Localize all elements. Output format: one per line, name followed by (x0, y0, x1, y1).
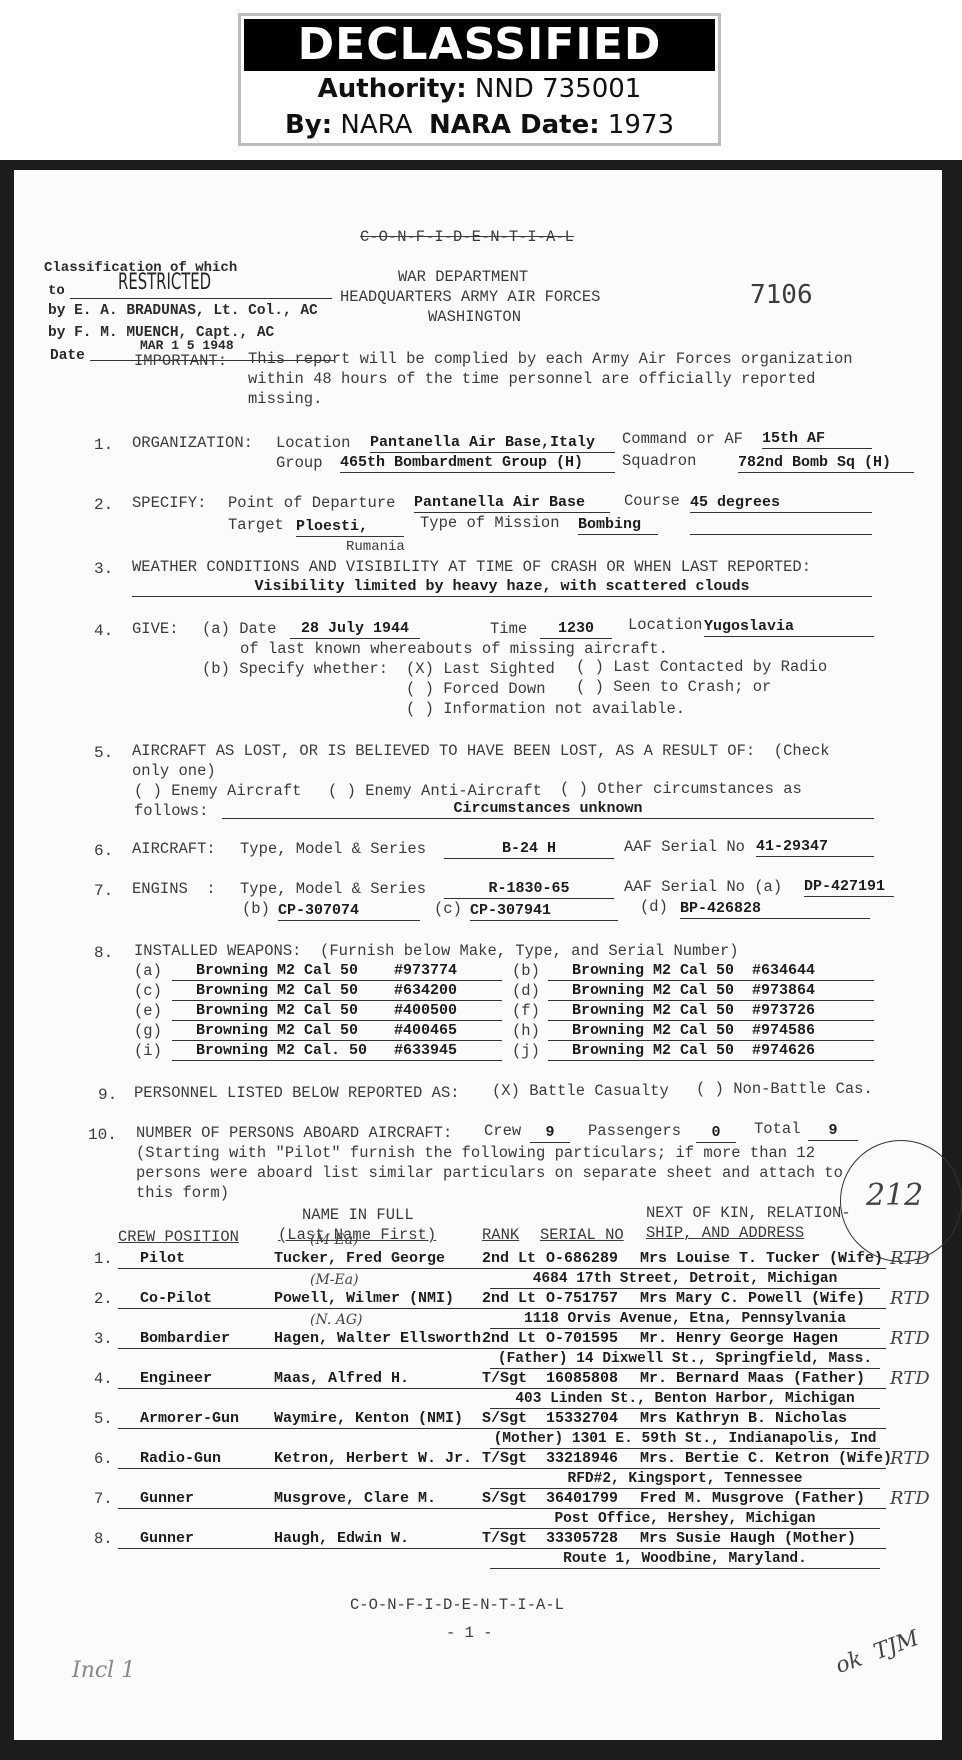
crew-row-number: 7. (94, 1490, 113, 1508)
crew-kin-address: Post Office, Hershey, Michigan (490, 1510, 880, 1529)
section-5-label-cont: only one) (132, 762, 216, 780)
target-field: Ploesti, (296, 518, 404, 537)
header-serial: SERIAL NO (540, 1226, 624, 1244)
command-label: Command or AF (622, 430, 743, 448)
option-checkbox: ( ) (406, 680, 434, 698)
crew-kin-address: 4684 17th Street, Detroit, Michigan (490, 1270, 880, 1289)
crew-kin-address: (Mother) 1301 E. 59th St., Indianapolis,… (490, 1430, 880, 1449)
crew-next-of-kin: Mr. Bernard Maas (Father) (636, 1370, 886, 1389)
command-field: 15th AF (762, 430, 872, 449)
crew-handwritten-annotation: (M-Ea) (310, 1232, 359, 1248)
declassified-title: DECLASSIFIED (244, 19, 715, 71)
header-position: CREW POSITION (118, 1228, 239, 1246)
option-checkbox: ( ) (134, 782, 162, 800)
crew-row-number: 4. (94, 1370, 113, 1388)
engine-serial-b: CP-307074 (278, 902, 420, 921)
crew-handwritten-annotation: (N. AG) (310, 1312, 362, 1328)
engine-c-label: (c) (434, 900, 462, 918)
crew-margin-note: RTD (890, 1368, 930, 1389)
crew-handwritten-annotation: (M-Ea) (310, 1272, 359, 1288)
section-5-label: AIRCRAFT AS LOST, OR IS BELIEVED TO HAVE… (132, 742, 830, 760)
section-4-number: 4. (94, 622, 113, 640)
section-4-label: GIVE: (132, 620, 179, 638)
crew-name: Tucker, Fred George (268, 1250, 480, 1269)
aircraft-serial-label: AAF Serial No (624, 838, 745, 856)
crew-row-number: 1. (94, 1250, 113, 1268)
mission-label: Type of Mission (420, 514, 560, 532)
crew-name: Hagen, Walter Ellsworth (268, 1330, 480, 1349)
weapon-field: Browning M2 Cal. 50 #633945 (172, 1042, 502, 1061)
crew-name: Waymire, Kenton (NMI) (268, 1410, 480, 1429)
option-seen-to-crash: ( ) Seen to Crash; or (576, 678, 771, 696)
section-7-number: 7. (94, 882, 113, 900)
follows-label: follows: (134, 802, 208, 820)
classification-to-line (70, 298, 332, 299)
total-count: 9 (808, 1122, 858, 1141)
crew-name: Haugh, Edwin W. (268, 1530, 480, 1549)
option-last-sighted: (X) Last Sighted (406, 660, 555, 678)
target-field-line-2: Rumania (346, 538, 405, 556)
engine-serial-d: BP-426828 (680, 900, 870, 919)
crew-name: Maas, Alfred H. (268, 1370, 480, 1389)
crew-next-of-kin: Mrs Susie Haugh (Mother) (636, 1530, 886, 1549)
crew-kin-address: 403 Linden St., Benton Harbor, Michigan (490, 1390, 880, 1409)
important-label: IMPORTANT: (134, 352, 227, 370)
date-label: (a) Date (202, 620, 276, 638)
section-2-number: 2. (94, 496, 113, 514)
engine-serial-label: AAF Serial No (a) (624, 878, 782, 896)
weapon-field: Browning M2 Cal 50 #973774 (172, 962, 502, 981)
crew-rank: 2nd Lt (480, 1330, 542, 1349)
section-10-instructions-3: this form) (136, 1184, 229, 1202)
location-label: Location (276, 434, 350, 452)
weapon-field: Browning M2 Cal 50 #400500 (172, 1002, 502, 1021)
option-checkbox: ( ) (328, 782, 356, 800)
crew-name: Ketron, Herbert W. Jr. (268, 1450, 480, 1469)
aircraft-type-label: Type, Model & Series (240, 840, 426, 858)
weapon-key: (f) (512, 1002, 540, 1020)
whereabouts-note: of last known whereabouts of missing air… (240, 640, 668, 658)
crew-position: Bombardier (118, 1330, 268, 1349)
classification-by-1: by E. A. BRADUNAS, Lt. Col., AC (48, 303, 318, 319)
engine-d-label: (d) (640, 898, 668, 916)
crew-position: Armorer-Gun (118, 1410, 268, 1429)
option-checkbox: ( ) (576, 658, 604, 676)
crew-position: Pilot (118, 1250, 268, 1269)
time-label: Time (490, 620, 527, 638)
course-label: Course (624, 492, 680, 510)
mission-field: Bombing (578, 516, 658, 535)
weapon-field: Browning M2 Cal 50 #974586 (548, 1022, 874, 1041)
report-number: 7106 (750, 280, 813, 310)
crew-next-of-kin: Mrs Louise T. Tucker (Wife) (636, 1250, 886, 1269)
crew-rank: 2nd Lt (480, 1290, 542, 1309)
group-field: 465th Bombardment Group (H) (340, 454, 615, 473)
option-other: ( ) Other circumstances as (560, 780, 802, 798)
crew-margin-note: RTD (890, 1328, 930, 1349)
nara-line: By: NARA NARA Date: 1973 (241, 107, 718, 143)
declassified-stamp: DECLASSIFIED Authority: NND 735001 By: N… (238, 13, 721, 146)
section-1-label: ORGANIZATION: (132, 434, 253, 452)
crew-rank: S/Sgt (480, 1410, 542, 1429)
circumstances-field: Circumstances unknown (222, 800, 874, 819)
header-kin-top: NEXT OF KIN, RELATION- (646, 1204, 851, 1222)
confidential-header: C-O-N-F-I-D-E-N-T-I-A-L (360, 228, 574, 246)
section-7-label: ENGINS : (132, 880, 216, 898)
passengers-count: 0 (696, 1124, 736, 1143)
classification-restricted: RESTRICTED (118, 270, 211, 295)
header-rank: RANK (482, 1226, 519, 1244)
section-10-instructions-1: (Starting with "Pilot" furnish the follo… (136, 1144, 815, 1162)
header-name-top: NAME IN FULL (302, 1206, 414, 1224)
section-3-label: WEATHER CONDITIONS AND VISIBILITY AT TIM… (132, 558, 811, 576)
section-8-label: INSTALLED WEAPONS: (Furnish below Make, … (134, 942, 739, 960)
classification-date: MAR 1 5 1948 (140, 338, 234, 353)
important-text-3: missing. (248, 390, 322, 408)
location-field: Pantanella Air Base,Italy (370, 434, 615, 453)
option-last-contacted: ( ) Last Contacted by Radio (576, 658, 827, 676)
crew-name: Powell, Wilmer (NMI) (268, 1290, 480, 1309)
weapon-field: Browning M2 Cal 50 #973726 (548, 1002, 874, 1021)
crew-row-number: 8. (94, 1530, 113, 1548)
option-enemy-anti-aircraft: ( ) Enemy Anti-Aircraft (328, 782, 542, 800)
weapon-key: (j) (512, 1042, 540, 1060)
crew-row-number: 5. (94, 1410, 113, 1428)
crew-row-number: 6. (94, 1450, 113, 1468)
crew-position: Radio-Gun (118, 1450, 268, 1469)
department-line-3: WASHINGTON (428, 308, 521, 326)
crew-margin-note: RTD (890, 1488, 930, 1509)
crew-rank: T/Sgt (480, 1450, 542, 1469)
crew-kin-address: 1118 Orvis Avenue, Etna, Pennsylvania (490, 1310, 880, 1329)
target-label: Target (228, 516, 284, 534)
crew-name: Musgrove, Clare M. (268, 1490, 480, 1509)
section-8-number: 8. (94, 944, 113, 962)
weapon-key: (a) (134, 962, 162, 980)
loss-location-field: Yugoslavia (704, 618, 874, 637)
page-number: - 1 - (446, 1624, 493, 1642)
engine-type-field: R-1830-65 (444, 880, 614, 899)
section-10-number: 10. (88, 1126, 117, 1144)
department-line-1: WAR DEPARTMENT (398, 268, 528, 286)
crew-kin-address: RFD#2, Kingsport, Tennessee (490, 1470, 880, 1489)
crew-row-number: 3. (94, 1330, 113, 1348)
option-enemy-aircraft: ( ) Enemy Aircraft (134, 782, 301, 800)
departure-field: Pantanella Air Base (414, 494, 610, 513)
department-line-2: HEADQUARTERS ARMY AIR FORCES (340, 288, 600, 306)
course-field: 45 degrees (690, 494, 872, 513)
option-non-battle: ( ) Non-Battle Cas. (696, 1080, 873, 1098)
crew-serial: O-751757 (542, 1290, 636, 1309)
confidential-footer: C-O-N-F-I-D-E-N-T-I-A-L (350, 1596, 564, 1614)
crew-position: Engineer (118, 1370, 268, 1389)
weapon-key: (d) (512, 982, 540, 1000)
header-kin: SHIP, AND ADDRESS (646, 1224, 804, 1242)
crew-label: Crew (484, 1122, 521, 1140)
weapon-key: (b) (512, 962, 540, 980)
passengers-label: Passengers (588, 1122, 681, 1140)
section-6-label: AIRCRAFT: (132, 840, 216, 858)
crew-margin-note: RTD (890, 1248, 930, 1269)
classification-date-label: Date (50, 348, 85, 364)
crew-next-of-kin: Mrs Mary C. Powell (Wife) (636, 1290, 886, 1309)
section-9-number: 9. (98, 1086, 117, 1104)
engine-type-label: Type, Model & Series (240, 880, 426, 898)
weapon-key: (i) (134, 1042, 162, 1060)
crew-rank: 2nd Lt (480, 1250, 542, 1269)
engine-b-label: (b) (242, 900, 270, 918)
departure-label: Point of Departure (228, 494, 395, 512)
weapon-field: Browning M2 Cal 50 #400465 (172, 1022, 502, 1041)
crew-next-of-kin: Mrs. Bertie C. Ketron (Wife) (636, 1450, 886, 1469)
crew-serial: 33218946 (542, 1450, 636, 1469)
section-3-number: 3. (94, 560, 113, 578)
option-checkbox: ( ) (560, 780, 588, 798)
crew-rank: T/Sgt (480, 1370, 542, 1389)
option-battle-casualty: (X) Battle Casualty (492, 1082, 669, 1100)
crew-rank: T/Sgt (480, 1530, 542, 1549)
weapon-field: Browning M2 Cal 50 #634644 (548, 962, 874, 981)
option-checkbox: ( ) (576, 678, 604, 696)
blank-line (690, 534, 872, 535)
engine-serial-a: DP-427191 (804, 878, 894, 897)
squadron-label: Squadron (622, 452, 696, 470)
crew-next-of-kin: Mr. Henry George Hagen (636, 1330, 886, 1349)
option-checkbox: ( ) (406, 700, 434, 718)
section-10-label: NUMBER OF PERSONS ABOARD AIRCRAFT: (136, 1124, 452, 1142)
section-1-number: 1. (94, 436, 113, 454)
option-info-not-available: ( ) Information not available. (406, 700, 685, 718)
weapon-key: (e) (134, 1002, 162, 1020)
crew-rank: S/Sgt (480, 1490, 542, 1509)
aircraft-serial-field: 41-29347 (756, 838, 874, 857)
weapon-key: (g) (134, 1022, 162, 1040)
engine-serial-c: CP-307941 (470, 902, 618, 921)
crew-next-of-kin: Fred M. Musgrove (Father) (636, 1490, 886, 1509)
date-field: 28 July 1944 (290, 620, 420, 639)
weapon-field: Browning M2 Cal 50 #634200 (172, 982, 502, 1001)
crew-serial: 15332704 (542, 1410, 636, 1429)
crew-position: Gunner (118, 1530, 268, 1549)
section-2-label: SPECIFY: (132, 494, 206, 512)
important-text-1: This report will be complied by each Arm… (248, 350, 853, 368)
crew-position: Co-Pilot (118, 1290, 268, 1309)
location-label-4: Location (628, 616, 702, 634)
total-label: Total (754, 1120, 801, 1138)
crew-margin-note: RTD (890, 1288, 930, 1309)
important-text-2: within 48 hours of the time personnel ar… (248, 370, 815, 388)
circled-number: 212 (866, 1178, 923, 1213)
weapon-key: (h) (512, 1022, 540, 1040)
crew-serial: O-686289 (542, 1250, 636, 1269)
crew-row-number: 2. (94, 1290, 113, 1308)
section-9-label: PERSONNEL LISTED BELOW REPORTED AS: (134, 1084, 460, 1102)
crew-serial: 16085808 (542, 1370, 636, 1389)
time-field: 1230 (540, 620, 612, 639)
weapon-field: Browning M2 Cal 50 #974626 (548, 1042, 874, 1061)
option-checkbox: (X) (492, 1082, 520, 1100)
squadron-field: 782nd Bomb Sq (H) (738, 454, 914, 473)
authority-line: Authority: NND 735001 (241, 71, 718, 107)
crew-next-of-kin: Mrs Kathryn B. Nicholas (636, 1410, 886, 1429)
handwritten-inclosure-note: Incl 1 (72, 1658, 135, 1683)
section-6-number: 6. (94, 842, 113, 860)
crew-serial: O-701595 (542, 1330, 636, 1349)
crew-kin-address: (Father) 14 Dixwell St., Springfield, Ma… (490, 1350, 880, 1369)
crew-count: 9 (530, 1124, 570, 1143)
section-10-instructions-2: persons were aboard list similar particu… (136, 1164, 843, 1182)
weapon-key: (c) (134, 982, 162, 1000)
section-5-number: 5. (94, 744, 113, 762)
option-forced-down: ( ) Forced Down (406, 680, 546, 698)
crew-serial: 36401799 (542, 1490, 636, 1509)
crew-position: Gunner (118, 1490, 268, 1509)
aircraft-type-field: B-24 H (444, 840, 614, 859)
weather-field: Visibility limited by heavy haze, with s… (132, 578, 872, 597)
specify-label: (b) Specify whether: (202, 660, 388, 678)
option-checkbox: (X) (406, 660, 434, 678)
option-checkbox: ( ) (696, 1080, 724, 1098)
crew-margin-note: RTD (890, 1448, 930, 1469)
crew-kin-address: Route 1, Woodbine, Maryland. (490, 1550, 880, 1569)
crew-serial: 33305728 (542, 1530, 636, 1549)
classification-to-label: to (48, 283, 65, 299)
weapon-field: Browning M2 Cal 50 #973864 (548, 982, 874, 1001)
group-label: Group (276, 454, 323, 472)
